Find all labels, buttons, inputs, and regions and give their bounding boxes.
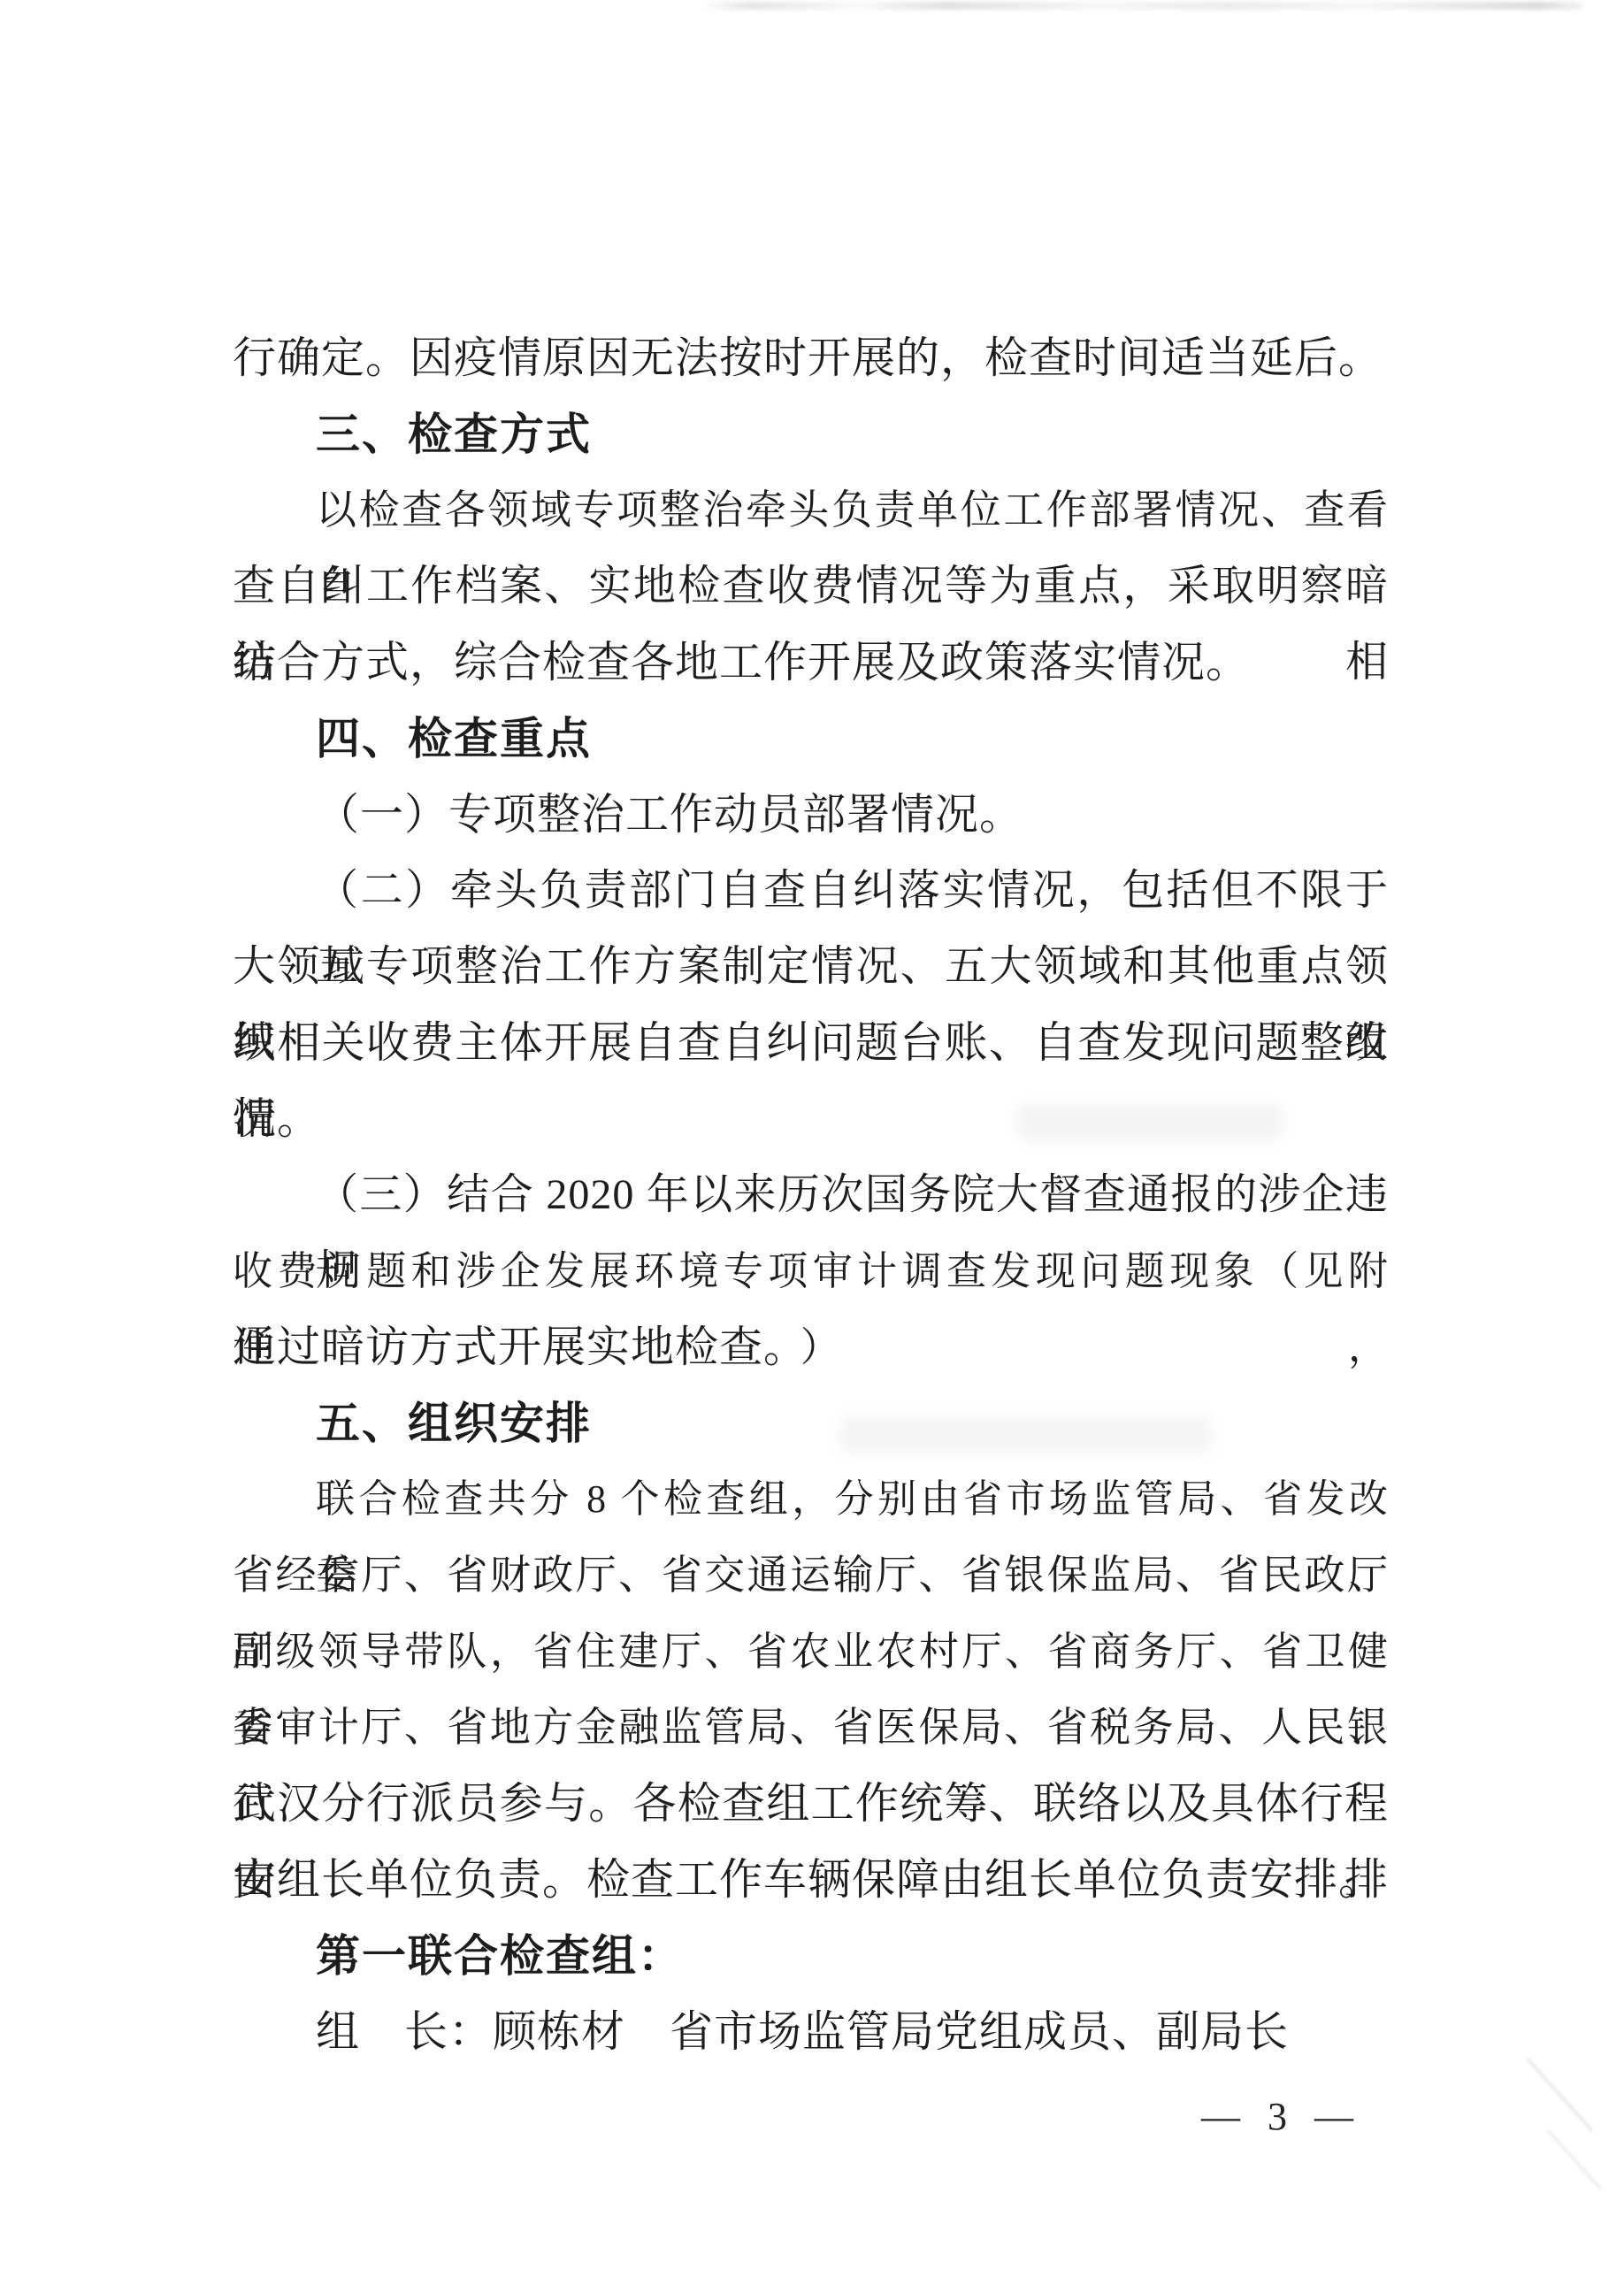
section-heading: 四、检查重点 <box>233 701 1389 777</box>
text-line: （二）牵头负责部门自查自纠落实情况，包括但不限于五 <box>233 853 1389 929</box>
text-line: 行确定。因疫情原因无法按时开展的，检查时间适当延后。 <box>233 320 1389 396</box>
text-line: （一）专项整治工作动员部署情况。 <box>233 777 1389 853</box>
text-line: 联合检查共分 8 个检查组，分别由省市场监管局、省发改委、 <box>233 1461 1389 1538</box>
text-line: （三）结合 2020 年以来历次国务院大督查通报的涉企违规 <box>233 1157 1389 1233</box>
document-body: 行确定。因疫情原因无法按时开展的，检查时间适当延后。 三、检查方式 以检查各领域… <box>233 320 1389 2070</box>
scanned-page: 行确定。因疫情原因无法按时开展的，检查时间适当延后。 三、检查方式 以检查各领域… <box>0 0 1624 2293</box>
group-heading: 第一联合检查组： <box>233 1918 1389 1994</box>
scan-artifact <box>1547 2129 1602 2190</box>
text-line: 以检查各领域专项整治牵头负责单位工作部署情况、查看自 <box>233 472 1389 548</box>
section-heading: 五、组织安排 <box>233 1385 1389 1461</box>
text-line: 大领域专项整治工作方案制定情况、五大领域和其他重点领域组 <box>233 929 1389 1005</box>
text-line: 结合方式，综合检查各地工作开展及政策落实情况。 <box>233 625 1389 701</box>
text-line: 厅级领导带队，省住建厅、省农业农村厅、省商务厅、省卫健委、 <box>233 1614 1389 1690</box>
text-line: 织相关收费主体开展自查自纠问题台账、自查发现问题整改情 <box>233 1005 1389 1081</box>
text-line: 况。 <box>233 1081 1389 1157</box>
scan-artifact <box>1526 2058 1593 2132</box>
text-line: 查自纠工作档案、实地检查收费情况等为重点，采取明察暗访相 <box>233 548 1389 625</box>
text-line: 武汉分行派员参与。各检查组工作统筹、联络以及具体行程安排 <box>233 1766 1389 1842</box>
document-page: { "document": { "page_number": "— 3 —", … <box>0 0 1624 2293</box>
group-leader-line: 组 长：顾栋材 省市场监管局党组成员、副局长 <box>233 1994 1389 2070</box>
text-line: 省经信厅、省财政厅、省交通运输厅、省银保监局、省民政厅副 <box>233 1538 1389 1614</box>
text-line: 省审计厅、省地方金融监管局、省医保局、省税务局、人民银行 <box>233 1690 1389 1766</box>
page-number: — 3 — <box>1201 2095 1362 2139</box>
text-line: 收费问题和涉企发展环境专项审计调查发现问题现象（见附件）， <box>233 1233 1389 1309</box>
text-line: 由组长单位负责。检查工作车辆保障由组长单位负责安排。 <box>233 1842 1389 1918</box>
scan-artifact <box>699 2 1583 10</box>
section-heading: 三、检查方式 <box>233 396 1389 472</box>
